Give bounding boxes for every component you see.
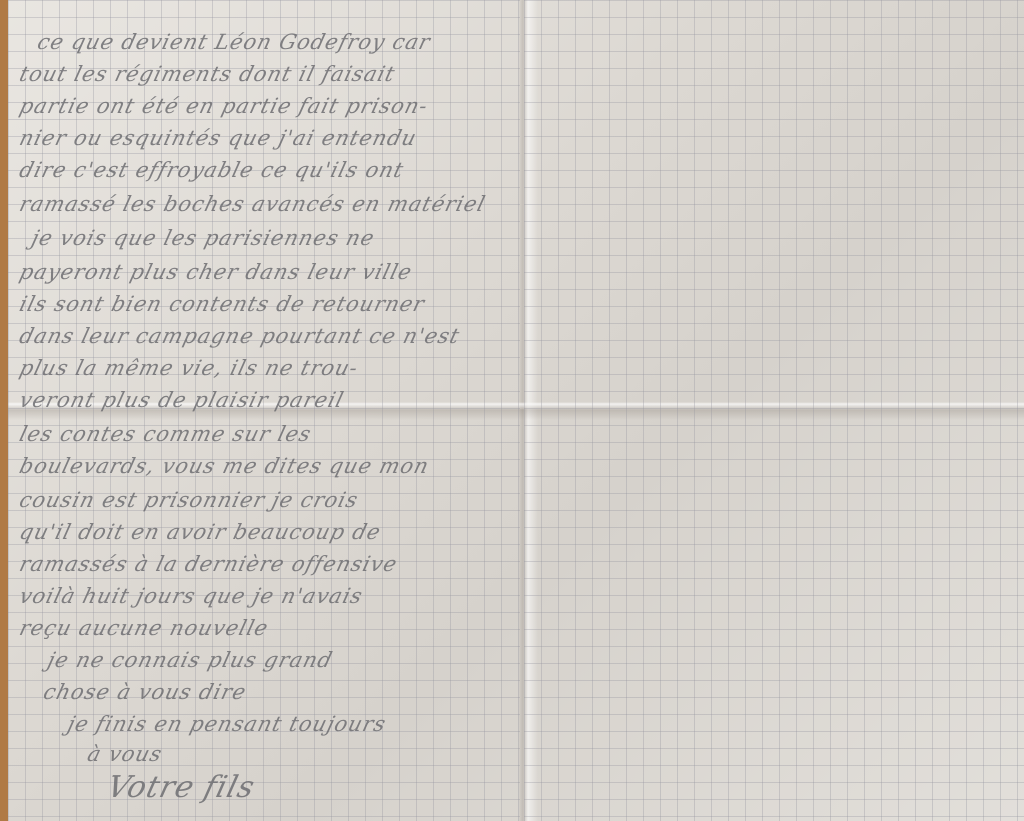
- letter-line: les contes comme sur les: [17, 422, 314, 446]
- left-page: ce que devient Léon Godefroy car tout le…: [8, 0, 520, 821]
- grid-paper: [524, 0, 1024, 821]
- letter-line: qu'il doit en avoir beaucoup de: [17, 520, 384, 544]
- letter-line: plus la même vie, ils ne trou-: [17, 356, 361, 380]
- letter-line: je vois que les parisiennes ne: [29, 226, 377, 250]
- letter-line: partie ont été en partie fait prison-: [17, 94, 431, 118]
- letter-line: dire c'est effroyable ce qu'ils ont: [17, 158, 407, 182]
- letter-line: ils sont bien contents de retourner: [17, 292, 428, 316]
- letter-line: dans leur campagne pourtant ce n'est: [17, 324, 463, 348]
- letter-line: tout les régiments dont il faisait: [17, 62, 398, 86]
- letter-line: chose à vous dire: [41, 680, 249, 704]
- letter-line: payeront plus cher dans leur ville: [17, 260, 415, 284]
- signature: Votre fils: [104, 770, 259, 805]
- letter-line: ramassé les boches avancés en matériel: [17, 192, 488, 216]
- letter-line: veront plus de plaisir pareil: [17, 388, 347, 412]
- letter-line: je finis en pensant toujours: [65, 712, 389, 736]
- letter-line: nier ou esquintés que j'ai entendu: [17, 126, 420, 150]
- letter-line: ce que devient Léon Godefroy car: [35, 30, 433, 54]
- letter-line: à vous: [85, 742, 165, 766]
- letter-line: reçu aucune nouvelle: [17, 616, 271, 640]
- letter-line: ramassés à la dernière offensive: [17, 552, 400, 576]
- letter-line: cousin est prisonnier je crois: [17, 488, 361, 512]
- letter-sheet: ce que devient Léon Godefroy car tout le…: [8, 0, 1024, 821]
- letter-line: voilà huit jours que je n'avais: [17, 584, 366, 608]
- letter-line: boulevards, vous me dites que mon: [17, 454, 432, 478]
- letter-line: je ne connais plus grand: [45, 648, 335, 672]
- right-page-blank: [524, 0, 1024, 821]
